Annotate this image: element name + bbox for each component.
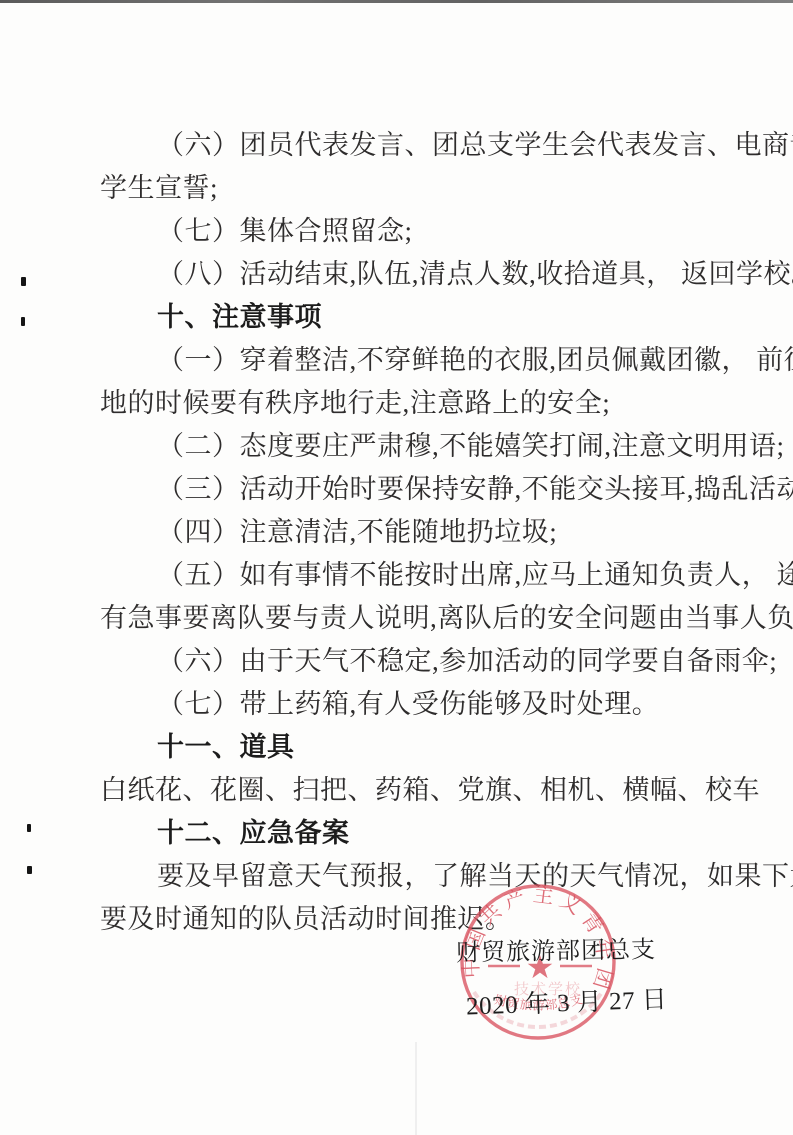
- signature-text: 财贸旅游部团总支: [456, 929, 657, 967]
- doc-line: 地的时候要有秩序地行走,注意路上的安全;: [100, 382, 718, 425]
- doc-line: 白纸花、花圈、扫把、药箱、党旗、相机、横幅、校车: [100, 769, 718, 812]
- fold-line-artifact: [415, 1042, 417, 1135]
- doc-line: 有急事要离队要与责人说明,离队后的安全问题由当事人负责;: [100, 597, 718, 640]
- scanned-document-page: （六）团员代表发言、团总支学生会代表发言、电商专业 学生宣誓; （七）集体合照留…: [0, 0, 793, 1135]
- scan-edge-artifact: [0, 0, 793, 3]
- doc-line: （六）团员代表发言、团总支学生会代表发言、电商专业: [100, 124, 718, 167]
- doc-line: （二）态度要庄严肃穆,不能嬉笑打闹,注意文明用语;: [100, 425, 718, 468]
- scan-artifact-dot: [27, 824, 31, 832]
- section-heading-12-emergency-plan: 十二、应急备案: [100, 812, 718, 855]
- doc-line: （八）活动结束,队伍,清点人数,收拾道具， 返回学校。: [100, 253, 718, 296]
- doc-line: （六）由于天气不稳定,参加活动的同学要自备雨伞;: [100, 640, 718, 683]
- doc-line: （五）如有事情不能按时出席,应马上通知负责人， 途中如: [100, 554, 718, 597]
- doc-line: （七）带上药箱,有人受伤能够及时处理。: [100, 683, 718, 726]
- scan-artifact-dot: [27, 866, 32, 874]
- doc-line: （四）注意清洁,不能随地扔垃圾;: [100, 511, 718, 554]
- scan-artifact-dot: [21, 317, 25, 326]
- doc-line: （三）活动开始时要保持安静,不能交头接耳,捣乱活动现场;: [100, 468, 718, 511]
- document-body: （六）团员代表发言、团总支学生会代表发言、电商专业 学生宣誓; （七）集体合照留…: [100, 124, 718, 941]
- section-heading-10-precautions: 十、注意事项: [100, 296, 718, 339]
- doc-line: 要及早留意天气预报，了解当天的天气情况，如果下大雨: [100, 855, 718, 898]
- doc-line: （一）穿着整洁,不穿鲜艳的衣服,团员佩戴团徽， 前往目的: [100, 339, 718, 382]
- doc-line: （七）集体合照留念;: [100, 210, 718, 253]
- section-heading-11-props: 十一、道具: [100, 726, 718, 769]
- scan-artifact-dot: [21, 277, 26, 286]
- date-text: 2020 年 3 月 27 日: [465, 979, 667, 1022]
- doc-line: 学生宣誓;: [100, 167, 718, 210]
